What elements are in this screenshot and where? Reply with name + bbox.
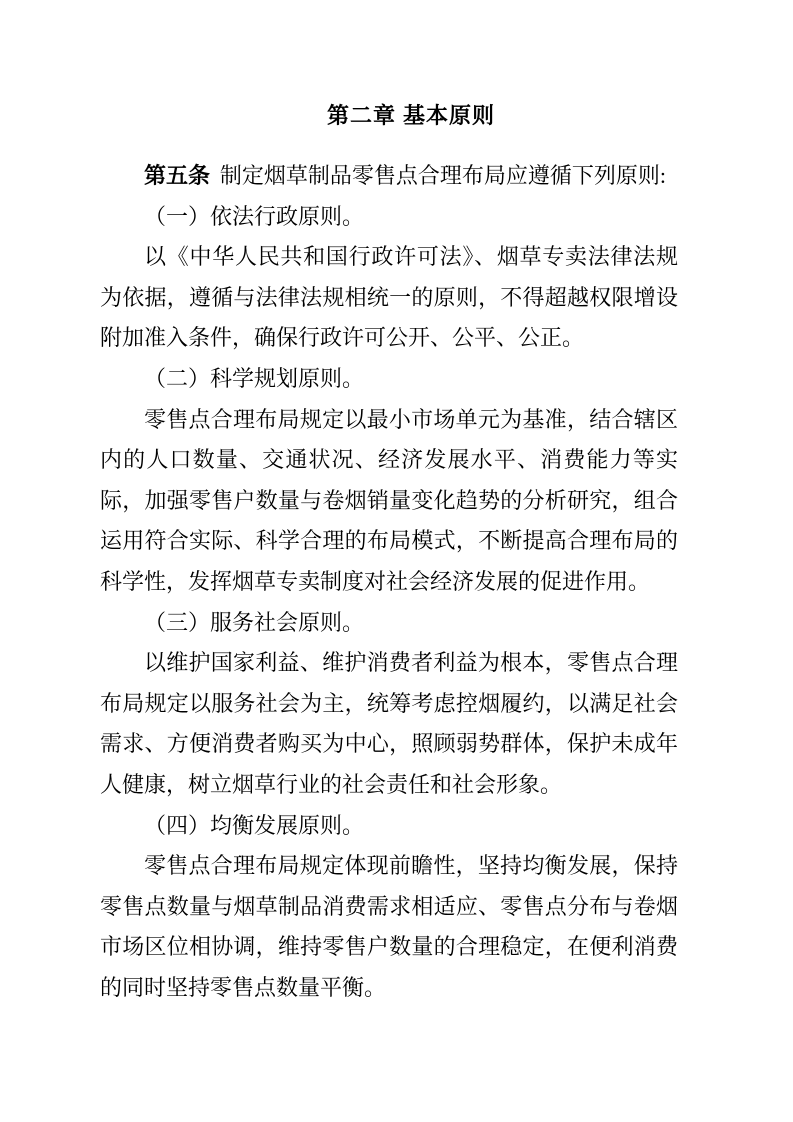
article-number: 第五条 — [144, 163, 210, 188]
principle-1-body: 以《中华人民共和国行政许可法》、烟草专卖法律法规为依据，遵循与法律法规相统一的原… — [100, 237, 678, 359]
document-page: 第二章 基本原则 第五条制定烟草制品零售点合理布局应遵循下列原则: （一）依法行… — [0, 0, 793, 1122]
principle-2-body: 零售点合理布局规定以最小市场单元为基准，结合辖区内的人口数量、交通状况、经济发展… — [100, 400, 678, 603]
principle-3-heading: （三）服务社会原则。 — [100, 603, 678, 644]
principle-4-heading: （四）均衡发展原则。 — [100, 806, 678, 847]
principle-4-body: 零售点合理布局规定体现前瞻性，坚持均衡发展，保持零售点数量与烟草制品消费需求相适… — [100, 846, 678, 1008]
article-intro-text: 制定烟草制品零售点合理布局应遵循下列原则: — [220, 163, 666, 188]
chapter-heading: 第二章 基本原则 — [100, 96, 678, 136]
principle-2-heading: （二）科学规划原则。 — [100, 359, 678, 400]
principle-3-body: 以维护国家利益、维护消费者利益为根本，零售点合理布局规定以服务社会为主，统筹考虑… — [100, 643, 678, 805]
principle-1-heading: （一）依法行政原则。 — [100, 197, 678, 238]
article-5-intro: 第五条制定烟草制品零售点合理布局应遵循下列原则: — [100, 156, 678, 197]
